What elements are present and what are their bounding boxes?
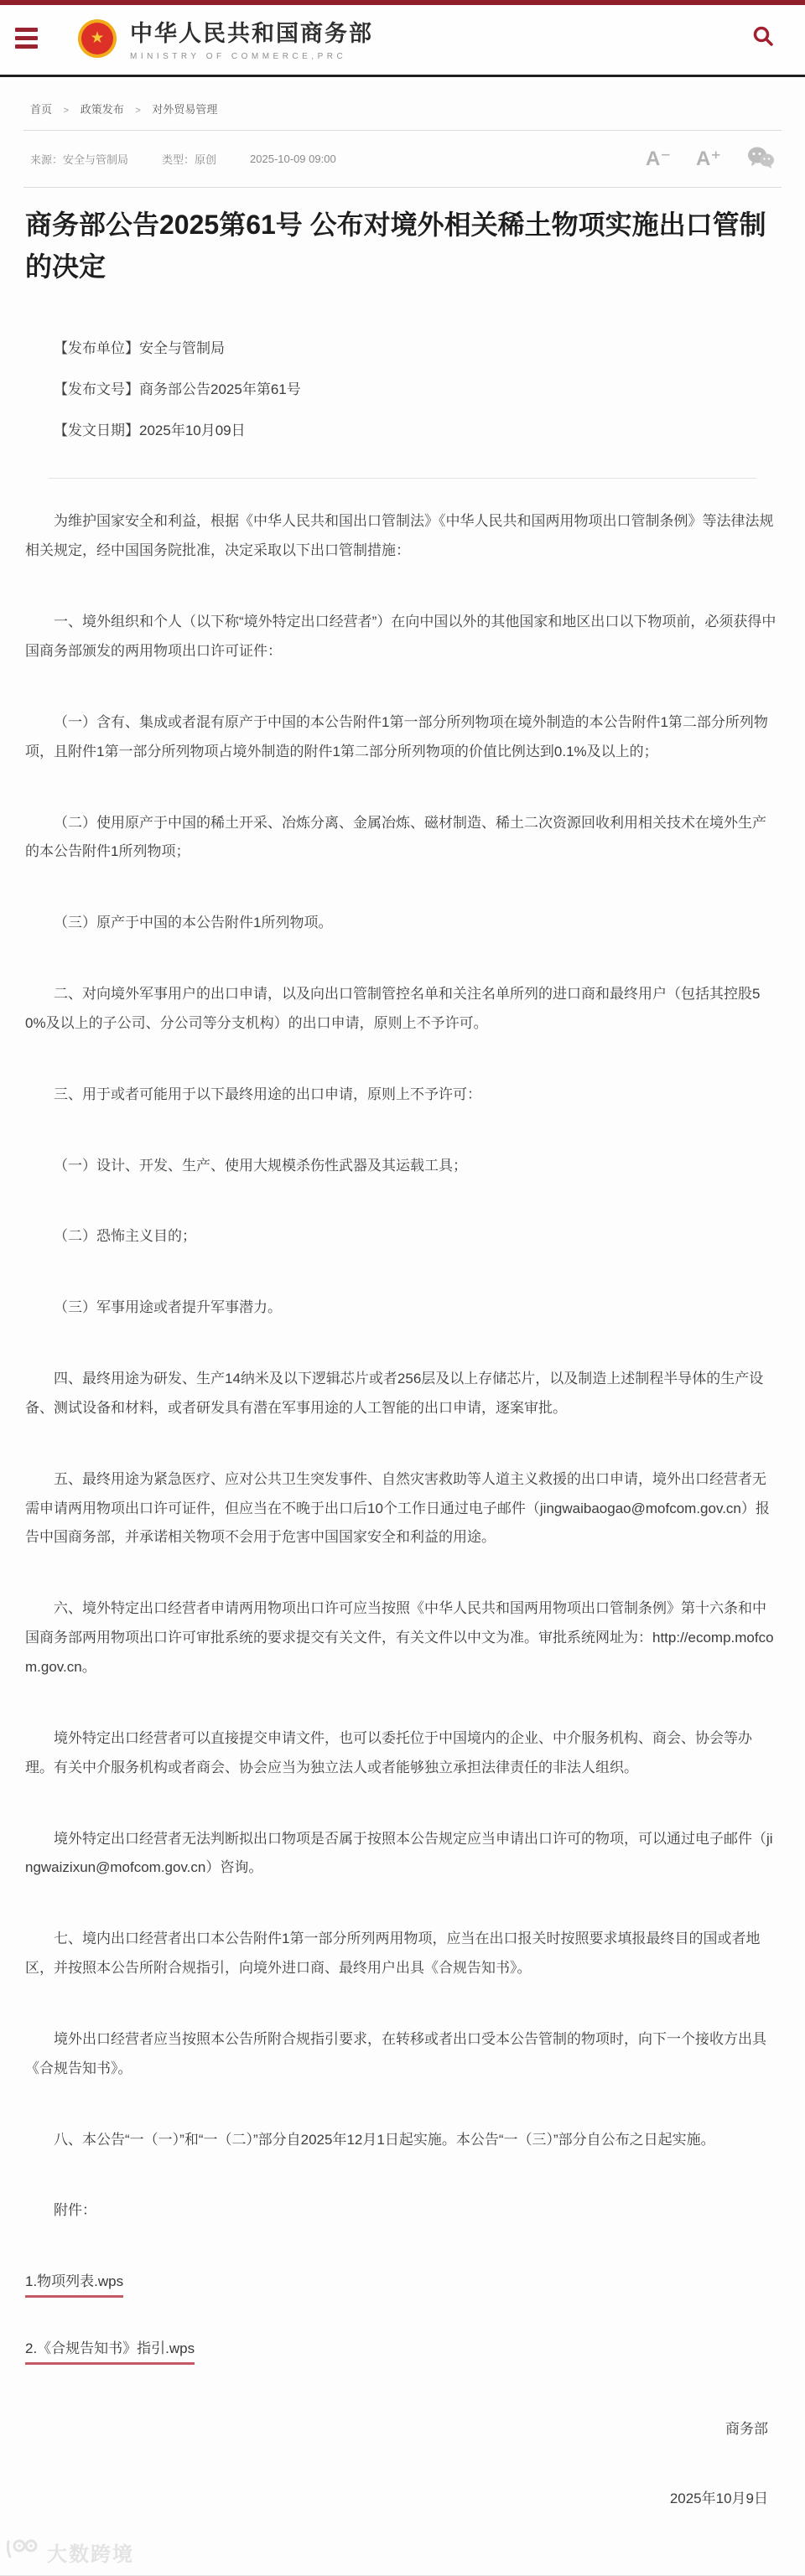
- article-footer: 商务部 2025年10月9日: [0, 2403, 805, 2507]
- article-paragraph: 境外特定出口经营者无法判断拟出口物项是否属于按照本公告规定应当申请出口许可的物项…: [25, 1825, 780, 1884]
- article-paragraph: 一、境外组织和个人（以下称“境外特定出口经营者”）在向中国以外的其他国家和地区出…: [25, 608, 780, 666]
- attachment-link-item-list[interactable]: 1.物项列表.wps: [25, 2269, 123, 2298]
- breadcrumb-home[interactable]: 首页: [30, 103, 52, 116]
- breadcrumb-foreign-trade[interactable]: 对外贸易管理: [152, 103, 217, 116]
- article-paragraph: 境外特定出口经营者可以直接提交申请文件，也可以委托位于中国境内的企业、中介服务机…: [25, 1724, 780, 1783]
- article-paragraph: （二）恐怖主义目的；: [25, 1222, 780, 1252]
- article-paragraph: （一）设计、开发、生产、使用大规模杀伤性武器及其运载工具；: [25, 1152, 780, 1181]
- meta-type: 类型：原创: [162, 151, 216, 167]
- watermark-text: 大数跨境: [47, 2537, 134, 2567]
- attachments-list: 1.物项列表.wps 2.《合规告知书》指引.wps: [0, 2268, 805, 2365]
- publish-number: 【发布文号】商务部公告2025年第61号: [25, 377, 780, 402]
- publish-unit: 【发布单位】安全与管制局: [25, 336, 780, 361]
- breadcrumb-separator: >: [135, 106, 140, 116]
- attachment-link-compliance-guide[interactable]: 2.《合规告知书》指引.wps: [25, 2336, 195, 2365]
- breadcrumb-separator: >: [64, 106, 69, 116]
- publish-date: 【发文日期】2025年10月09日: [25, 418, 780, 443]
- breadcrumb: 首页 > 政策发布 > 对外贸易管理: [0, 77, 805, 130]
- attachments-label: 附件：: [25, 2196, 780, 2226]
- article-paragraph: 七、境内出口经营者出口本公告附件1第一部分所列两用物项，应当在出口报关时按照要求…: [25, 1925, 780, 1983]
- article-paragraph: 八、本公告“一（一）”和“一（二）”部分自2025年12月1日起实施。本公告“一…: [25, 2126, 780, 2155]
- watermark: 大数跨境: [0, 2516, 805, 2575]
- article-meta-row: 来源：安全与管制局 类型：原创 2025-10-09 09:00 A⁻ A⁺: [0, 131, 805, 187]
- meta-datetime: 2025-10-09 09:00: [250, 153, 336, 165]
- site-subtitle: MINISTRY OF COMMERCE,PRC: [130, 52, 373, 61]
- national-emblem-icon: ★: [78, 19, 117, 58]
- article-paragraph: （三）军事用途或者提升军事潜力。: [25, 1293, 780, 1323]
- font-decrease-button[interactable]: A⁻: [646, 149, 671, 169]
- issuing-authority: 商务部: [37, 2417, 768, 2438]
- page-title: 商务部公告2025第61号 公布对境外相关稀土物项实施出口管制的决定: [0, 188, 805, 293]
- article-paragraph: 五、最终用途为紧急医疗、应对公共卫生突发事件、自然灾害救助等人道主义救援的出口申…: [25, 1465, 780, 1553]
- article-paragraph: （二）使用原产于中国的稀土开采、冶炼分离、金属冶炼、磁材制造、稀土二次资源回收利…: [25, 809, 780, 868]
- article-paragraph: 六、境外特定出口经营者申请两用物项出口许可应当按照《中华人民共和国两用物项出口管…: [25, 1594, 780, 1682]
- site-title: 中华人民共和国商务部: [130, 15, 373, 48]
- article-paragraph: 三、用于或者可能用于以下最终用途的出口申请，原则上不予许可：: [25, 1081, 780, 1110]
- article-paragraph: 四、最终用途为研发、生产14纳米及以下逻辑芯片或者256层及以上存储芯片，以及制…: [25, 1365, 780, 1423]
- site-header: ★ 中华人民共和国商务部 MINISTRY OF COMMERCE,PRC: [0, 5, 805, 77]
- article-paragraph: （三）原产于中国的本公告附件1所列物项。: [25, 909, 780, 938]
- article-body: 为维护国家安全和利益，根据《中华人民共和国出口管制法》《中华人民共和国两用物项出…: [0, 479, 805, 2226]
- issue-date: 2025年10月9日: [37, 2486, 768, 2507]
- breadcrumb-policy[interactable]: 政策发布: [80, 103, 124, 116]
- article-info-block: 【发布单位】安全与管制局 【发布文号】商务部公告2025年第61号 【发文日期】…: [0, 293, 805, 479]
- article-paragraph: 为维护国家安全和利益，根据《中华人民共和国出口管制法》《中华人民共和国两用物项出…: [25, 507, 780, 566]
- article-paragraph: （一）含有、集成或者混有原产于中国的本公告附件1第一部分所列物项在境外制造的本公…: [25, 708, 780, 767]
- search-icon[interactable]: [751, 24, 780, 52]
- font-increase-button[interactable]: A⁺: [696, 149, 721, 169]
- article-paragraph: 境外出口经营者应当按照本公告所附合规指引要求，在转移或者出口受本公告管制的物项时…: [25, 2025, 780, 2084]
- wechat-share-icon[interactable]: [746, 146, 775, 172]
- menu-icon[interactable]: [15, 28, 38, 49]
- article-paragraph: 二、对向境外军事用户的出口申请，以及向出口管制管控名单和关注名单所列的进口商和最…: [25, 980, 780, 1039]
- meta-source: 来源：安全与管制局: [30, 151, 128, 167]
- watermark-logo-icon: [5, 2538, 39, 2566]
